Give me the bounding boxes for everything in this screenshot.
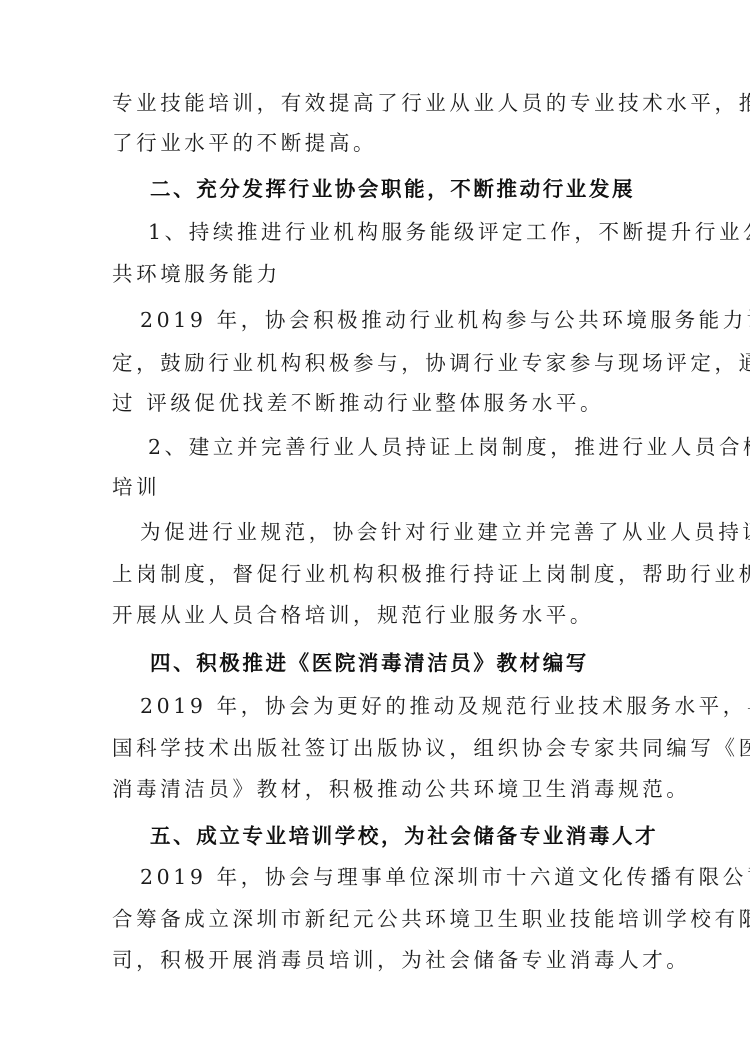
paragraph-line: 合筹备成立深圳市新纪元公共环境卫生职业技能培训学校有限 公 [112, 906, 750, 932]
paragraph-line: 消毒清洁员》教材，积极推动公共环境卫生消毒规范。 [112, 776, 690, 802]
paragraph-line: 过 评级促优找差不断推动行业整体服务水平。 [112, 390, 604, 416]
paragraph-line: 2019 年，协会积极推动行业机构参与公共环境服务能力评 [140, 307, 750, 333]
paragraph-line: 定，鼓励行业机构积极参与，协调行业专家参与现场评定，通 [112, 350, 750, 376]
paragraph-line: 司，积极开展消毒员培训，为社会储备专业消毒人才。 [112, 947, 690, 973]
section-heading-2: 二、充分发挥行业协会职能，不断推动行业发展 [150, 176, 635, 202]
document-page: 专业技能培训，有效提高了行业从业人员的专业技术水平，推动 了行业水平的不断提高。… [0, 0, 750, 1060]
paragraph-line: 2019 年，协会为更好的推动及规范行业技术服务水平，与中 [140, 693, 750, 719]
paragraph-line: 了行业水平的不断提高。 [112, 130, 377, 156]
subheading-1-continued: 共环境服务能力 [112, 261, 281, 287]
paragraph-line: 专业技能培训，有效提高了行业从业人员的专业技术水平，推动 [112, 90, 750, 116]
section-heading-4: 四、积极推进《医院消毒清洁员》教材编写 [150, 650, 589, 676]
subheading-2-continued: 培训 [112, 474, 160, 500]
paragraph-line: 2019 年，协会与理事单位深圳市十六道文化传播有限公司联 [140, 864, 750, 890]
paragraph-line: 上岗制度，督促行业机构积极推行持证上岗制度，帮助行业机构 [112, 561, 750, 587]
paragraph-line: 开展从业人员合格培训，规范行业服务水平。 [112, 602, 594, 628]
paragraph-line: 国科学技术出版社签订出版协议，组织协会专家共同编写《医院 [112, 735, 750, 761]
subheading-1: 1、持续推进行业机构服务能级评定工作，不断提升行业公 [148, 219, 750, 245]
subheading-2: 2、建立并完善行业人员持证上岗制度，推进行业人员合格 [148, 434, 750, 460]
section-heading-5: 五、成立专业培训学校，为社会储备专业消毒人才 [150, 823, 658, 849]
paragraph-line: 为促进行业规范，协会针对行业建立并完善了从业人员持证 [140, 519, 750, 545]
